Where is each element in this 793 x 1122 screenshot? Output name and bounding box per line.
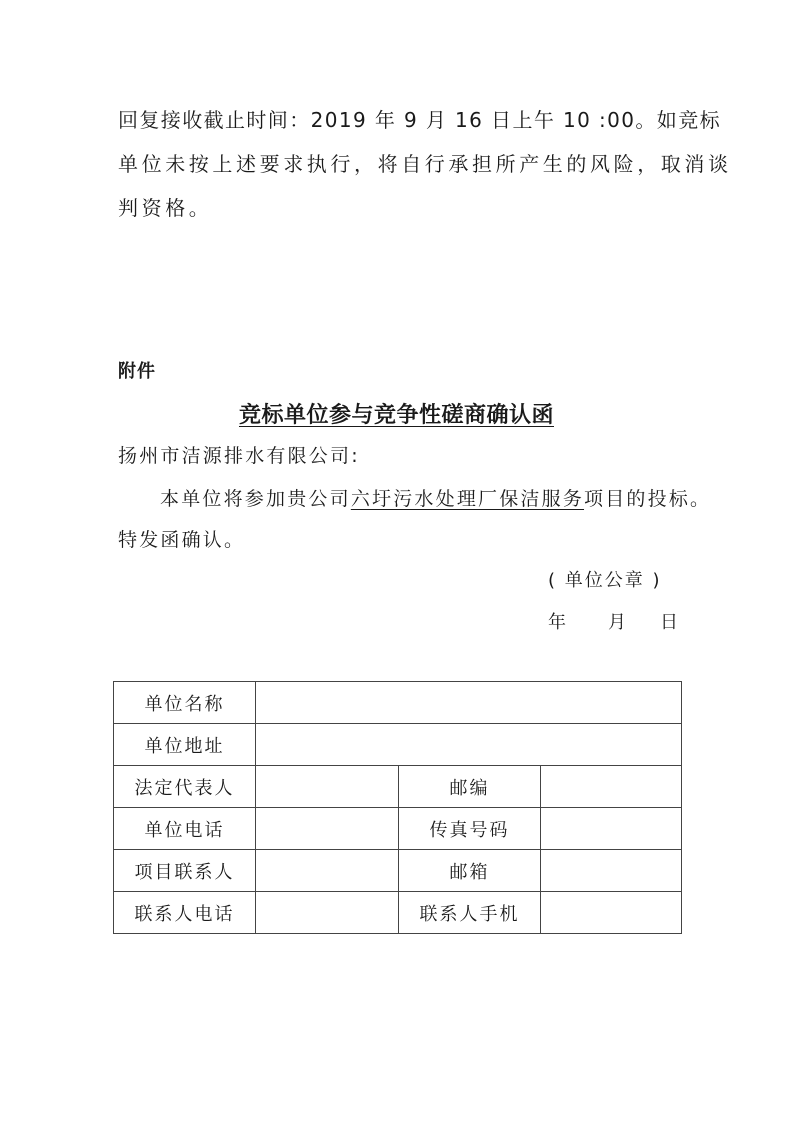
field-label: 单位电话 bbox=[114, 808, 256, 850]
seal-placeholder: ( 单位公章 ) bbox=[548, 566, 662, 592]
fax-number-field[interactable] bbox=[541, 808, 682, 850]
letter-body-line-2: 特发函确认。 bbox=[118, 525, 245, 552]
contact-mobile-field[interactable] bbox=[541, 892, 682, 934]
project-contact-field[interactable] bbox=[256, 850, 399, 892]
table-row: 项目联系人 邮箱 bbox=[114, 850, 682, 892]
legal-representative-field[interactable] bbox=[256, 766, 399, 808]
paragraph-line-2: 单位未按上述要求执行，将自行承担所产生的风险，取消谈 bbox=[118, 152, 732, 176]
body-suffix: 项目的投标。 bbox=[584, 488, 711, 510]
field-label: 单位地址 bbox=[114, 724, 256, 766]
letter-body-line-1: 本单位将参加贵公司六圩污水处理厂保洁服务项目的投标。 bbox=[160, 484, 711, 511]
contact-phone-field[interactable] bbox=[256, 892, 399, 934]
letter-title-text: 竞标单位参与竞争性磋商确认函 bbox=[239, 402, 554, 428]
unit-name-field[interactable] bbox=[256, 682, 682, 724]
table-row: 单位地址 bbox=[114, 724, 682, 766]
project-name: 六圩污水处理厂保洁服务 bbox=[351, 488, 584, 510]
date-day: 日 bbox=[660, 608, 678, 634]
date-line: 年月日 bbox=[548, 608, 678, 634]
postal-code-field[interactable] bbox=[541, 766, 682, 808]
field-label: 邮编 bbox=[399, 766, 541, 808]
letter-title: 竞标单位参与竞争性磋商确认函 bbox=[0, 398, 793, 429]
table-row: 单位名称 bbox=[114, 682, 682, 724]
table-row: 联系人电话 联系人手机 bbox=[114, 892, 682, 934]
date-year: 年 bbox=[548, 608, 608, 634]
letter-addressee: 扬州市洁源排水有限公司: bbox=[118, 441, 360, 468]
unit-phone-field[interactable] bbox=[256, 808, 399, 850]
email-field[interactable] bbox=[541, 850, 682, 892]
paragraph-line-1: 回复接收截止时间：2019 年 9 月 16 日上午 10 :00。如竞标 bbox=[118, 108, 721, 132]
attachment-label: 附件 bbox=[118, 357, 156, 383]
info-form-table: 单位名称 单位地址 法定代表人 邮编 单位电话 传真号码 项目联系人 邮箱 联系… bbox=[113, 681, 682, 934]
field-label: 法定代表人 bbox=[114, 766, 256, 808]
field-label: 联系人手机 bbox=[399, 892, 541, 934]
paragraph-line-3: 判资格。 bbox=[118, 196, 212, 220]
unit-address-field[interactable] bbox=[256, 724, 682, 766]
table-row: 法定代表人 邮编 bbox=[114, 766, 682, 808]
field-label: 项目联系人 bbox=[114, 850, 256, 892]
field-label: 传真号码 bbox=[399, 808, 541, 850]
body-prefix: 本单位将参加贵公司 bbox=[160, 488, 351, 510]
field-label: 联系人电话 bbox=[114, 892, 256, 934]
date-month: 月 bbox=[608, 608, 660, 634]
field-label: 单位名称 bbox=[114, 682, 256, 724]
table-row: 单位电话 传真号码 bbox=[114, 808, 682, 850]
field-label: 邮箱 bbox=[399, 850, 541, 892]
